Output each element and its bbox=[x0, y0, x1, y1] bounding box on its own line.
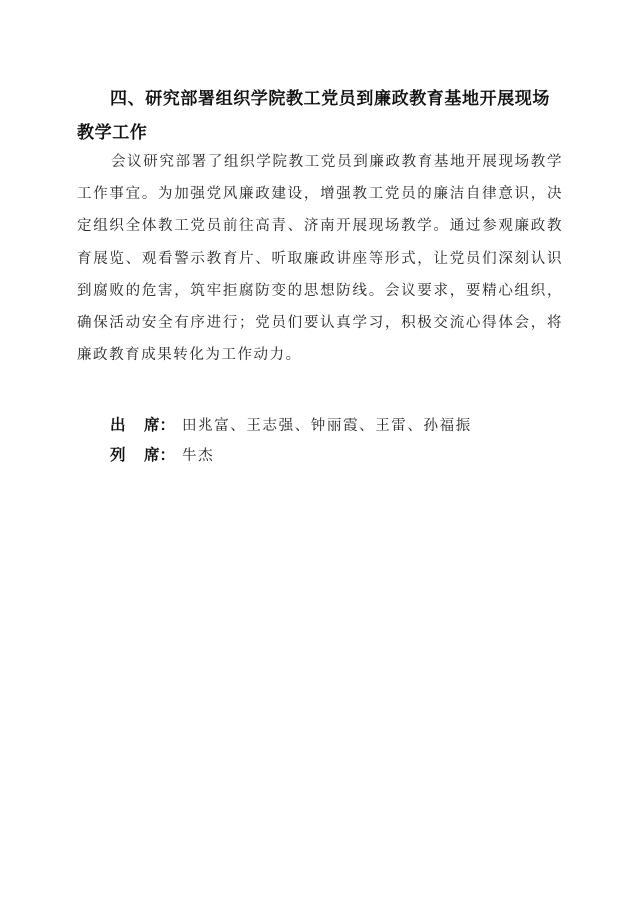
document-page: 四、研究部署组织学院教工党员到廉政教育基地开展现场教学工作 会议研究部署了组织学… bbox=[0, 0, 639, 905]
meeting-content-paragraph: 会议研究部署了组织学院教工党员到廉政教育基地开展现场教学工作事宜。为加强党风廉政… bbox=[77, 146, 563, 371]
attendance-list: 出 席 ： 田兆富、王志强、钟丽霞、王雷、孙福振 列 席 ： 牛杰 bbox=[110, 410, 560, 470]
attendees-names: 田兆富、王志强、钟丽霞、王雷、孙福振 bbox=[182, 411, 472, 441]
observers-label: 列 席 ： bbox=[110, 440, 182, 470]
observers-label-colon: ： bbox=[160, 440, 176, 470]
attendees-label-char2: 席 bbox=[144, 410, 160, 440]
attendees-label-char1: 出 bbox=[110, 410, 144, 440]
attendees-row: 出 席 ： 田兆富、王志强、钟丽霞、王雷、孙福振 bbox=[110, 410, 560, 440]
observers-names: 牛杰 bbox=[182, 441, 214, 471]
attendees-label: 出 席 ： bbox=[110, 410, 182, 440]
observers-label-char1: 列 bbox=[110, 440, 144, 470]
attendees-label-colon: ： bbox=[160, 410, 176, 440]
observers-label-char2: 席 bbox=[144, 440, 160, 470]
observers-row: 列 席 ： 牛杰 bbox=[110, 440, 560, 470]
section-heading: 四、研究部署组织学院教工党员到廉政教育基地开展现场教学工作 bbox=[77, 82, 563, 150]
